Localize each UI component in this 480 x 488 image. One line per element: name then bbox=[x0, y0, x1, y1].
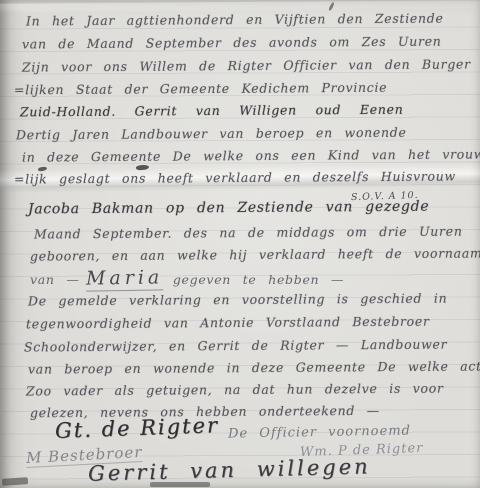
manuscript-line: Schoolonderwijzer, en Gerrit de Rigter —… bbox=[24, 337, 447, 355]
manuscript-line: =lijken Staat der Gemeente Kedichem Prov… bbox=[14, 80, 387, 98]
name-line-prefix: van — bbox=[30, 272, 80, 287]
manuscript-line-witness-name: tegenwoordigheid van Antonie Vorstlaand … bbox=[26, 314, 430, 332]
manuscript-line-mother-name: Jacoba Bakman op den Zestiende van gezeg… bbox=[28, 199, 429, 218]
manuscript-line: Maand September. des na de middags om dr… bbox=[34, 224, 463, 242]
manuscript-line: Zoo vader als getuigen, na dat hun dezel… bbox=[26, 381, 444, 399]
cut-off-ink-mark bbox=[150, 482, 210, 487]
manuscript-line: In het Jaar agttienhonderd en Vijftien d… bbox=[26, 11, 444, 29]
officer-role-caption: De Officier voornoemd bbox=[228, 423, 411, 441]
manuscript-line: van beroep en wonende in deze Gemeente D… bbox=[28, 358, 480, 376]
manuscript-line: =lijk geslagt ons heeft verklaard en des… bbox=[14, 168, 456, 186]
manuscript-line: De gemelde verklaring en voorstelling is… bbox=[28, 291, 447, 309]
name-line-suffix: gegeven te hebben — bbox=[173, 272, 344, 287]
manuscript-line: gebooren, en aan welke hij verklaard hee… bbox=[30, 245, 480, 263]
manuscript-line: Zijn voor ons Willem de Rigter Officier … bbox=[22, 56, 471, 74]
manuscript-line: in deze Gemeente De welke ons een Kind v… bbox=[22, 146, 480, 164]
manuscript-line-father-name: Zuid-Holland. Gerrit van Willigen oud Ee… bbox=[20, 102, 404, 120]
manuscript-line: van de Maand September des avonds om Zes… bbox=[22, 34, 442, 52]
manuscript-line: Dertig Jaren Landbouwer van beroep en wo… bbox=[16, 125, 407, 143]
child-given-name: Maria bbox=[85, 266, 163, 291]
child-name-line: van —Mariagegeven te hebben — bbox=[30, 267, 344, 291]
scanned-manuscript-page: In het Jaar agttienhonderd en Vijftien d… bbox=[0, 0, 480, 488]
